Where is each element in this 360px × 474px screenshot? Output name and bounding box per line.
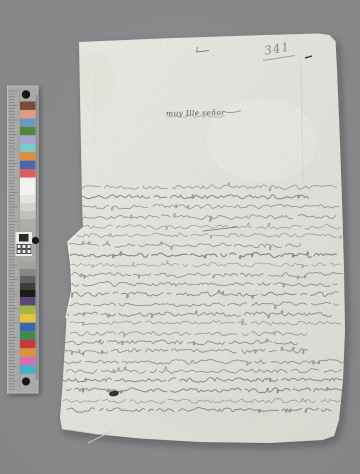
strip-shadow-line: [36, 95, 37, 380]
calibration-patch: [20, 283, 36, 290]
registration-dot: [22, 378, 30, 386]
calibration-patch: [20, 340, 36, 349]
calibration-patch: [20, 276, 36, 283]
calibration-patch: [20, 306, 36, 315]
photograph: 341 muy Ille señor: [0, 0, 360, 474]
calibration-patch: [20, 169, 36, 177]
registration-dot: [22, 90, 30, 98]
calibration-patch: [20, 152, 36, 160]
calibration-patch: [20, 314, 36, 323]
calibration-patch: [20, 211, 36, 219]
calibration-patch: [20, 269, 36, 276]
calibration-patch: [20, 290, 36, 297]
calibration-patch: [20, 102, 36, 110]
calibration-patch: [20, 135, 36, 143]
calibration-patch: [20, 357, 36, 366]
calibration-patch: [20, 262, 36, 269]
manuscript-paper: 341 muy Ille señor: [55, 28, 351, 450]
calibration-patch: [20, 219, 36, 227]
calibration-patch: [20, 348, 36, 357]
registration-dot: [32, 237, 39, 244]
calibration-patch: [20, 118, 36, 126]
calibration-patch: [20, 161, 36, 169]
calibration-patch: [20, 365, 36, 374]
calibration-patch: [20, 127, 36, 135]
heading: muy Ille señor: [166, 108, 225, 118]
color-calibration-strip: [8, 86, 40, 393]
calibration-patch: [20, 144, 36, 152]
strip-label-mark: [19, 234, 29, 242]
calibration-patch: [20, 178, 36, 196]
calibration-patch: [20, 203, 36, 211]
calibration-patch: [20, 297, 36, 306]
calibration-patch: [20, 110, 36, 118]
calibration-patch: [20, 323, 36, 332]
calibration-patch: [20, 195, 36, 203]
calibration-patch: [20, 331, 36, 340]
